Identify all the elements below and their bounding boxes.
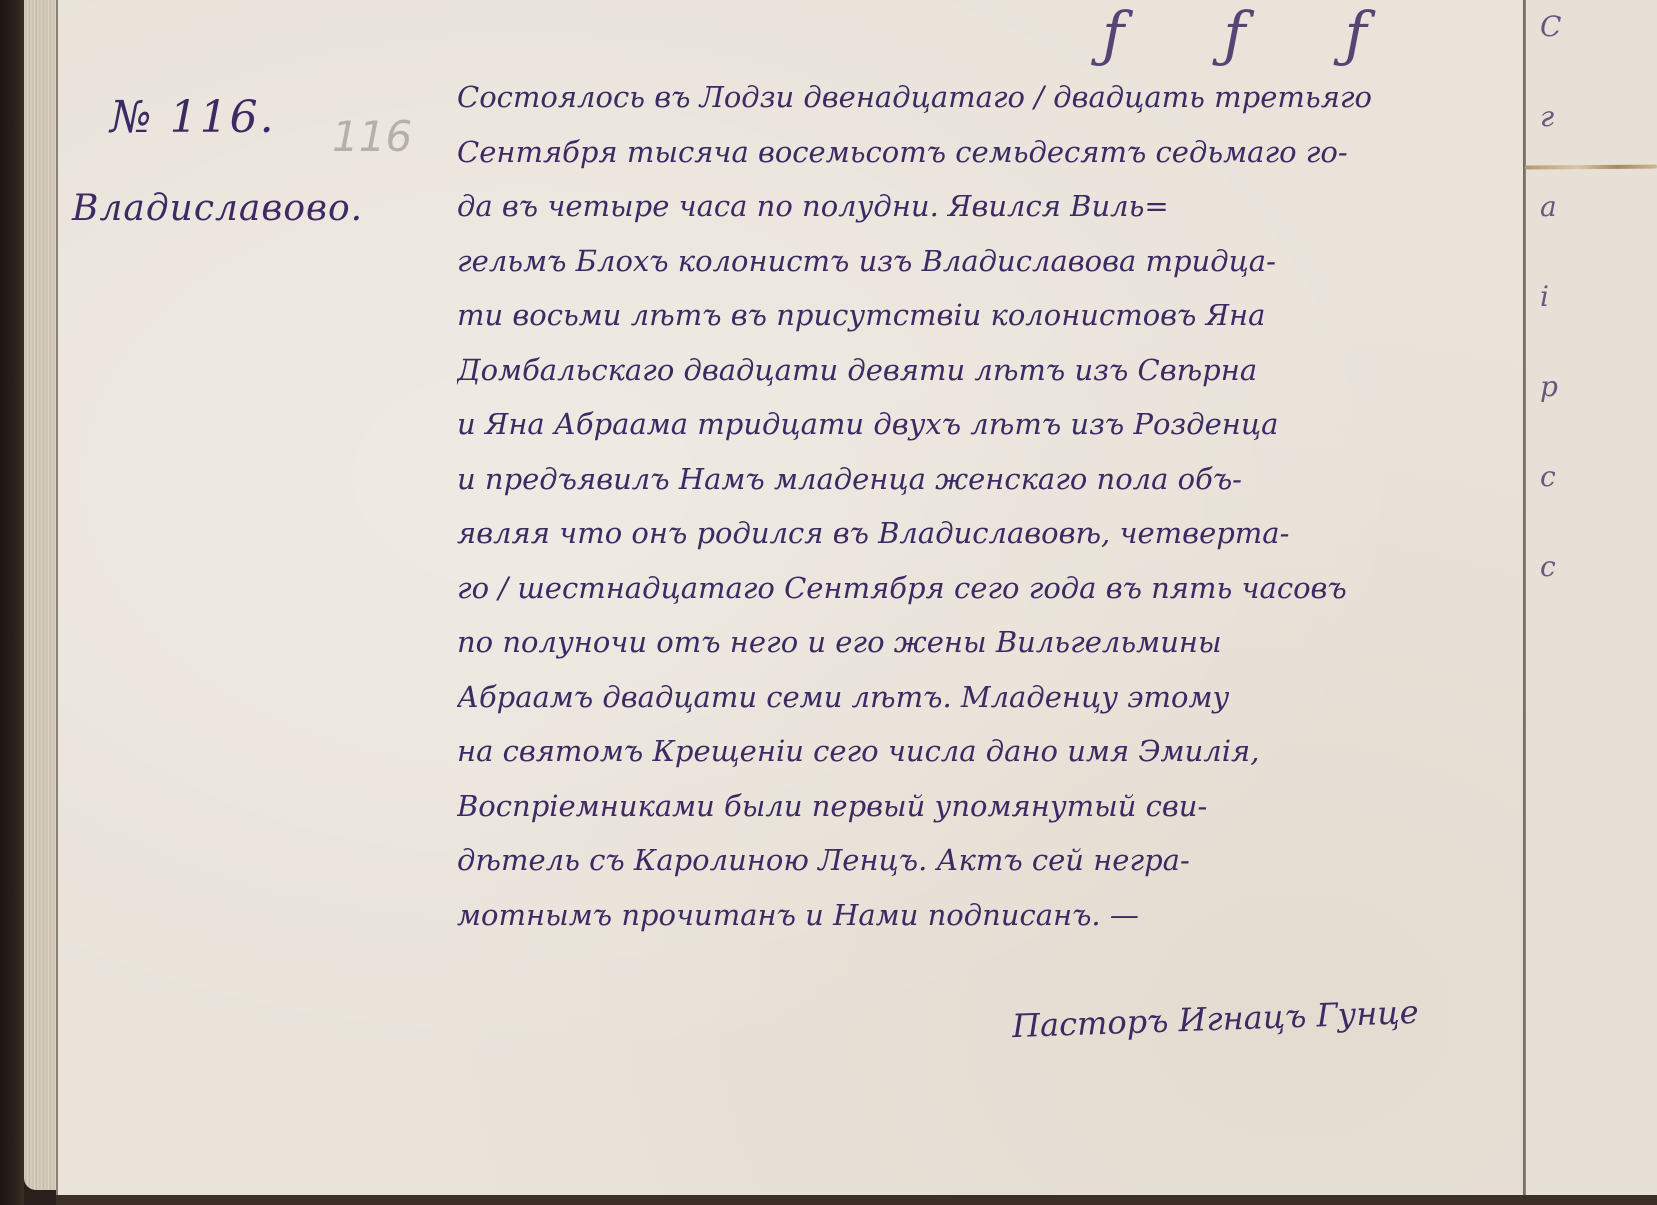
body-line: го / шестнадцатаго Сентября сего года въ… xyxy=(457,561,1517,616)
page-bottom-shadow xyxy=(56,1195,1657,1205)
top-scrawl: ƒ ƒ ƒ xyxy=(1102,0,1407,70)
body-line: ти восьми лѣтъ въ присутствіи колонистов… xyxy=(457,288,1517,343)
fragment: С xyxy=(1540,10,1657,100)
fragment: а xyxy=(1540,190,1657,280)
document-scan: ƒ ƒ ƒ № 116. 116 Владиславово. Состоялос… xyxy=(0,0,1657,1205)
pastor-signature: Пасторъ Игнацъ Гунце xyxy=(1011,993,1419,1045)
body-line: гельмъ Блохъ колонистъ изъ Владиславова … xyxy=(457,234,1517,289)
register-page: ƒ ƒ ƒ № 116. 116 Владиславово. Состоялос… xyxy=(56,0,1608,1195)
book-binding xyxy=(0,0,24,1205)
body-line: Сентября тысяча восемьсотъ семьдесятъ се… xyxy=(457,125,1517,180)
fragment: і xyxy=(1540,280,1657,370)
place-name: Владиславово. xyxy=(72,188,363,229)
fragment: с xyxy=(1540,550,1657,640)
body-line: Домбальскаго двадцати девяти лѣтъ изъ Св… xyxy=(457,343,1517,398)
fragment: г xyxy=(1540,100,1657,190)
body-line: являя что онъ родился въ Владиславовѣ, ч… xyxy=(457,506,1517,561)
body-line: Абраамъ двадцати семи лѣтъ. Младенцу это… xyxy=(457,670,1517,725)
body-line: и предъявилъ Намъ младенца женскаго пола… xyxy=(457,452,1517,507)
fragment: с xyxy=(1540,460,1657,550)
fragment: р xyxy=(1540,370,1657,460)
body-line: Воспріемниками были первый упомянутый св… xyxy=(457,779,1517,834)
body-line: на святомъ Крещеніи сего числа дано имя … xyxy=(457,724,1517,779)
body-line: по полуночи отъ него и его жены Вильгель… xyxy=(457,615,1517,670)
entry-number: № 116. xyxy=(110,92,276,143)
facing-page-text: С г а і р с с xyxy=(1540,10,1657,640)
body-line: дѣтель съ Каролиною Ленцъ. Актъ сей негр… xyxy=(457,833,1517,888)
body-line: да въ четыре часа по полудни. Явился Вил… xyxy=(457,179,1517,234)
body-line: и Яна Абраама тридцати двухъ лѣтъ изъ Ро… xyxy=(457,397,1517,452)
entry-body: Состоялось въ Лодзи двенадцатаго / двадц… xyxy=(457,70,1517,942)
body-line: Состоялось въ Лодзи двенадцатаго / двадц… xyxy=(457,70,1517,125)
pencil-number: 116 xyxy=(332,112,412,161)
body-line: мотнымъ прочитанъ и Нами подписанъ. — xyxy=(457,888,1517,943)
page-edges xyxy=(24,0,58,1190)
